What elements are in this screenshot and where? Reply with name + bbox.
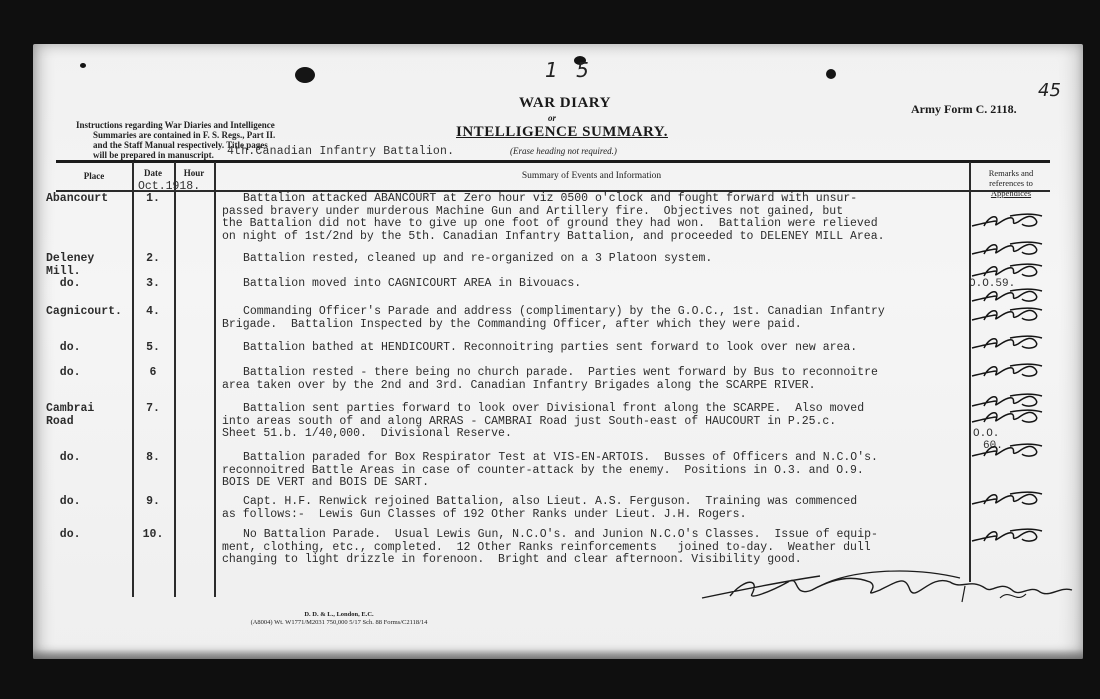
summary-line: Capt. H.F. Renwick rejoined Battalion, a… [222,496,972,509]
entry-place: do. [46,452,132,465]
initials-icon [970,287,1048,303]
summary-line: area taken over by the 2nd and 3rd. Cana… [222,380,972,393]
summary-line: on night of 1st/2nd by the 5th. Canadian… [222,231,972,244]
initials-icon [970,212,1048,228]
entry-summary: Battalion paraded for Box Respirator Tes… [222,452,972,490]
unit-name: 4th.Canadian Infantry Battalion. [227,145,454,158]
entry-summary: Battalion rested - there being no church… [222,367,972,392]
initials-icon [970,490,1048,506]
place-line: do. [46,367,132,380]
table-top-rule [56,160,1050,163]
summary-line: Battalion moved into CAGNICOURT AREA in … [222,278,972,291]
place-line: do. [46,342,132,355]
place-line: do. [46,452,132,465]
entry-summary: Battalion rested, cleaned up and re-orga… [222,253,972,266]
summary-line: No Battalion Parade. Usual Lewis Gun, N.… [222,529,972,542]
operation-order-ref: O.O. [973,428,999,440]
summary-line: Battalion rested - there being no church… [222,367,972,380]
place-line: do. [46,529,132,542]
form-number: Army Form C. 2118. [911,102,1017,117]
summary-line: Battalion rested, cleaned up and re-orga… [222,253,972,266]
title-intelligence-summary: INTELLIGENCE SUMMARY. [437,124,687,141]
summary-line: BOIS DE VERT and BOIS DE SART. [222,477,972,490]
remarks-header-line: Appendices [972,188,1050,198]
initials-icon [970,408,1048,424]
entry-date: 2. [132,253,174,266]
summary-line: as follows:- Lewis Gun Classes of 192 Ot… [222,509,972,522]
entry-date: 6 [132,367,174,380]
column-header-hour: Hour [174,168,214,178]
entry-summary: Battalion sent parties forward to look o… [222,403,972,441]
initials-icon [970,334,1048,350]
entry-date: 1. [132,193,174,206]
initials-icon [970,442,1048,458]
erase-note: (Erase heading not required.) [510,146,617,156]
title-or: or [548,113,556,123]
summary-line: Battalion paraded for Box Respirator Tes… [222,452,972,465]
column-header-place: Place [56,171,132,181]
initials-icon [970,362,1048,378]
entry-summary: Capt. H.F. Renwick rejoined Battalion, a… [222,496,972,521]
column-header-remarks: Remarks and references to Appendices [972,168,1050,198]
entry-date: 7. [132,403,174,416]
remarks-header-line: Remarks and [972,168,1050,178]
signature-icon [700,568,1080,613]
entry-date: 8. [132,452,174,465]
summary-line: Battalion bathed at HENDICOURT. Reconnoi… [222,342,972,355]
initials-icon [970,527,1048,543]
initials-icon [970,240,1048,256]
entry-date: 9. [132,496,174,509]
column-header-date: Date [132,168,174,178]
entry-place: Abancourt [46,193,132,206]
initials-icon [970,262,1048,278]
entry-place: do. [46,367,132,380]
summary-line: Battalion attacked ABANCOURT at Zero hou… [222,193,972,206]
place-line: do. [46,278,132,291]
punch-hole [80,63,86,68]
summary-line: Brigade. Battalion Inspected by the Comm… [222,319,972,332]
entry-place: do. [46,278,132,291]
column-divider [214,162,216,597]
entry-date: 3. [132,278,174,291]
summary-line: the Battalion did not have to give up on… [222,218,972,231]
entry-summary: Battalion moved into CAGNICOURT AREA in … [222,278,972,291]
entry-place: DeleneyMill. [46,253,132,278]
imprint-line: (A8004) Wt. W1771/M2031 750,000 5/17 Sch… [229,619,449,627]
initials-icon [970,306,1048,322]
summary-line: Sheet 51.b. 1/40,000. Divisional Reserve… [222,428,972,441]
place-line: Deleney [46,253,132,266]
summary-line: Commanding Officer's Parade and address … [222,306,972,319]
entry-place: CambraiRoad [46,403,132,428]
place-line: Cambrai [46,403,132,416]
entry-summary: No Battalion Parade. Usual Lewis Gun, N.… [222,529,972,567]
initials-icon [970,392,1048,408]
entry-date: 4. [132,306,174,319]
summary-line: Battalion sent parties forward to look o… [222,403,972,416]
pencil-folio-note: 1 5 [545,58,595,82]
entry-summary: Commanding Officer's Parade and address … [222,306,972,331]
summary-line: changing to light drizzle in forenoon. B… [222,554,972,567]
imprint-line: D. D. & L., London, E.C. [229,611,449,619]
entry-date: 5. [132,342,174,355]
instructions-line: Summaries are contained in F. S. Regs., … [76,130,286,140]
entry-place: do. [46,496,132,509]
printer-imprint: D. D. & L., London, E.C. (A8004) Wt. W17… [229,611,449,627]
place-line: Abancourt [46,193,132,206]
entry-place: do. [46,529,132,542]
place-line: do. [46,496,132,509]
title-war-diary: WAR DIARY [505,95,625,112]
entry-summary: Battalion bathed at HENDICOURT. Reconnoi… [222,342,972,355]
punch-hole [826,69,836,79]
pencil-page-number: 45 [1038,80,1061,101]
entry-place: Cagnicourt. [46,306,132,319]
place-line: Road [46,416,132,429]
entry-summary: Battalion attacked ABANCOURT at Zero hou… [222,193,972,243]
entry-date: 10. [132,529,174,542]
instructions-line: Instructions regarding War Diaries and I… [76,120,286,130]
punch-hole [295,67,315,83]
remarks-header-line: references to [972,178,1050,188]
place-line: Cagnicourt. [46,306,132,319]
column-divider [174,162,176,597]
entry-place: do. [46,342,132,355]
column-header-summary: Summary of Events and Information [214,171,969,181]
